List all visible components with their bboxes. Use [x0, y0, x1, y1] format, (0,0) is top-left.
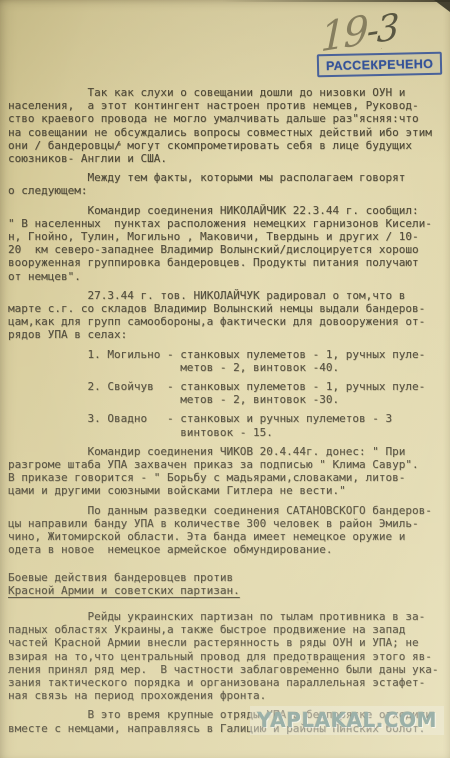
scan-edge-corner [434, 0, 450, 12]
declassified-stamp: РАССЕКРЕЧЕНО [317, 52, 443, 78]
watermark: YAPLAKAL.COM [250, 706, 444, 735]
page-number-ink: -3 [366, 7, 397, 53]
paragraph-radio-message: 27.3.44 г. тов. НИКОЛАЙЧУК радировал о т… [8, 289, 447, 342]
weapons-list-item-mogilno: 1. Могильно - станковых пулеметов - 1, р… [8, 348, 447, 374]
weapons-list: 1. Могильно - станковых пулеметов - 1, р… [8, 348, 447, 439]
paragraph-chikov-report: Командир соединения ЧИКОВ 20.4.44г. доне… [8, 445, 447, 498]
document-body: Так как слухи о совещании дошли до низов… [8, 86, 447, 741]
paragraph-partisan-raids: Рейды украинских партизан по тылам проти… [8, 610, 447, 702]
paragraph-nikolaychik-report: Командир соединения НИКОЛАЙЧИК 22.3.44 г… [8, 204, 447, 283]
scan-edge-top [222, 0, 450, 2]
paragraph-facts-intro: Между тем факты, которыми мы располагаем… [8, 171, 447, 197]
scanned-document-page: 19-3 РАССЕКРЕЧЕНО Так как слухи о совеща… [0, 0, 450, 758]
weapons-list-item-svoychuv: 2. Свойчув - станковых пулеметов - 1, ру… [8, 380, 447, 406]
section-heading-line2: Красной Армии и советских партизан. [8, 584, 240, 597]
section-heading: Боевые действия бандеровцев противКрасно… [8, 571, 447, 597]
paragraph-oun-rumors: Так как слухи о совещании дошли до низов… [8, 86, 447, 165]
weapons-list-item-ovadno: 3. Овадно - станковых и ручных пулеметов… [8, 412, 447, 438]
paragraph-satanovsky-intel: По данным разведки соединения САТАНОВСКО… [8, 504, 447, 557]
handwritten-page-number: 19-3 [320, 6, 398, 59]
section-heading-line1: Боевые действия бандеровцев против [8, 571, 233, 584]
